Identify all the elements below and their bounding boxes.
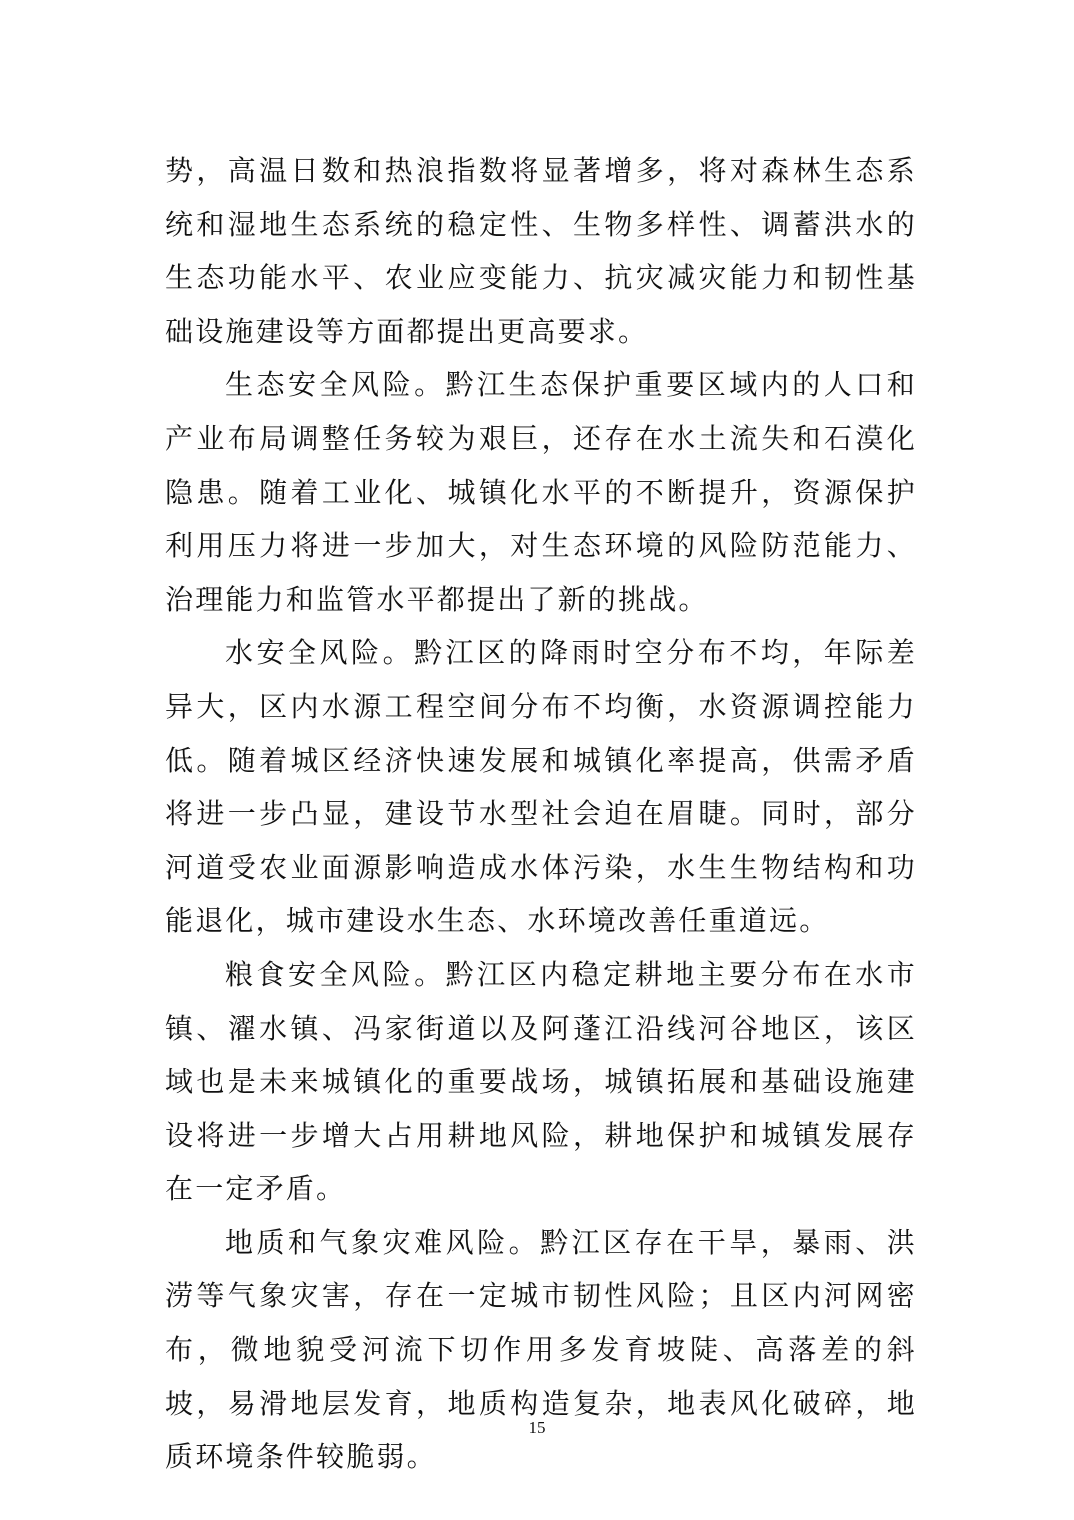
paragraph-water-security-risk: 水安全风险。黔江区的降雨时空分布不均，年际差异大，区内水源工程空间分布不均衡，水… [165, 626, 917, 948]
paragraph-ecological-security-risk: 生态安全风险。黔江生态保护重要区域内的人口和产业布局调整任务较为艰巨，还存在水土… [165, 358, 917, 626]
paragraph-climate-continuation: 势，高温日数和热浪指数将显著增多，将对森林生态系统和湿地生态系统的稳定性、生物多… [165, 144, 917, 358]
paragraph-food-security-risk: 粮食安全风险。黔江区内稳定耕地主要分布在水市镇、濯水镇、冯家街道以及阿蓬江沿线河… [165, 948, 917, 1216]
paragraph-geological-meteorological-risk: 地质和气象灾难风险。黔江区存在干旱，暴雨、洪涝等气象灾害，存在一定城市韧性风险；… [165, 1216, 917, 1484]
page-number: 15 [0, 1418, 1074, 1438]
document-body: 势，高温日数和热浪指数将显著增多，将对森林生态系统和湿地生态系统的稳定性、生物多… [165, 144, 917, 1484]
